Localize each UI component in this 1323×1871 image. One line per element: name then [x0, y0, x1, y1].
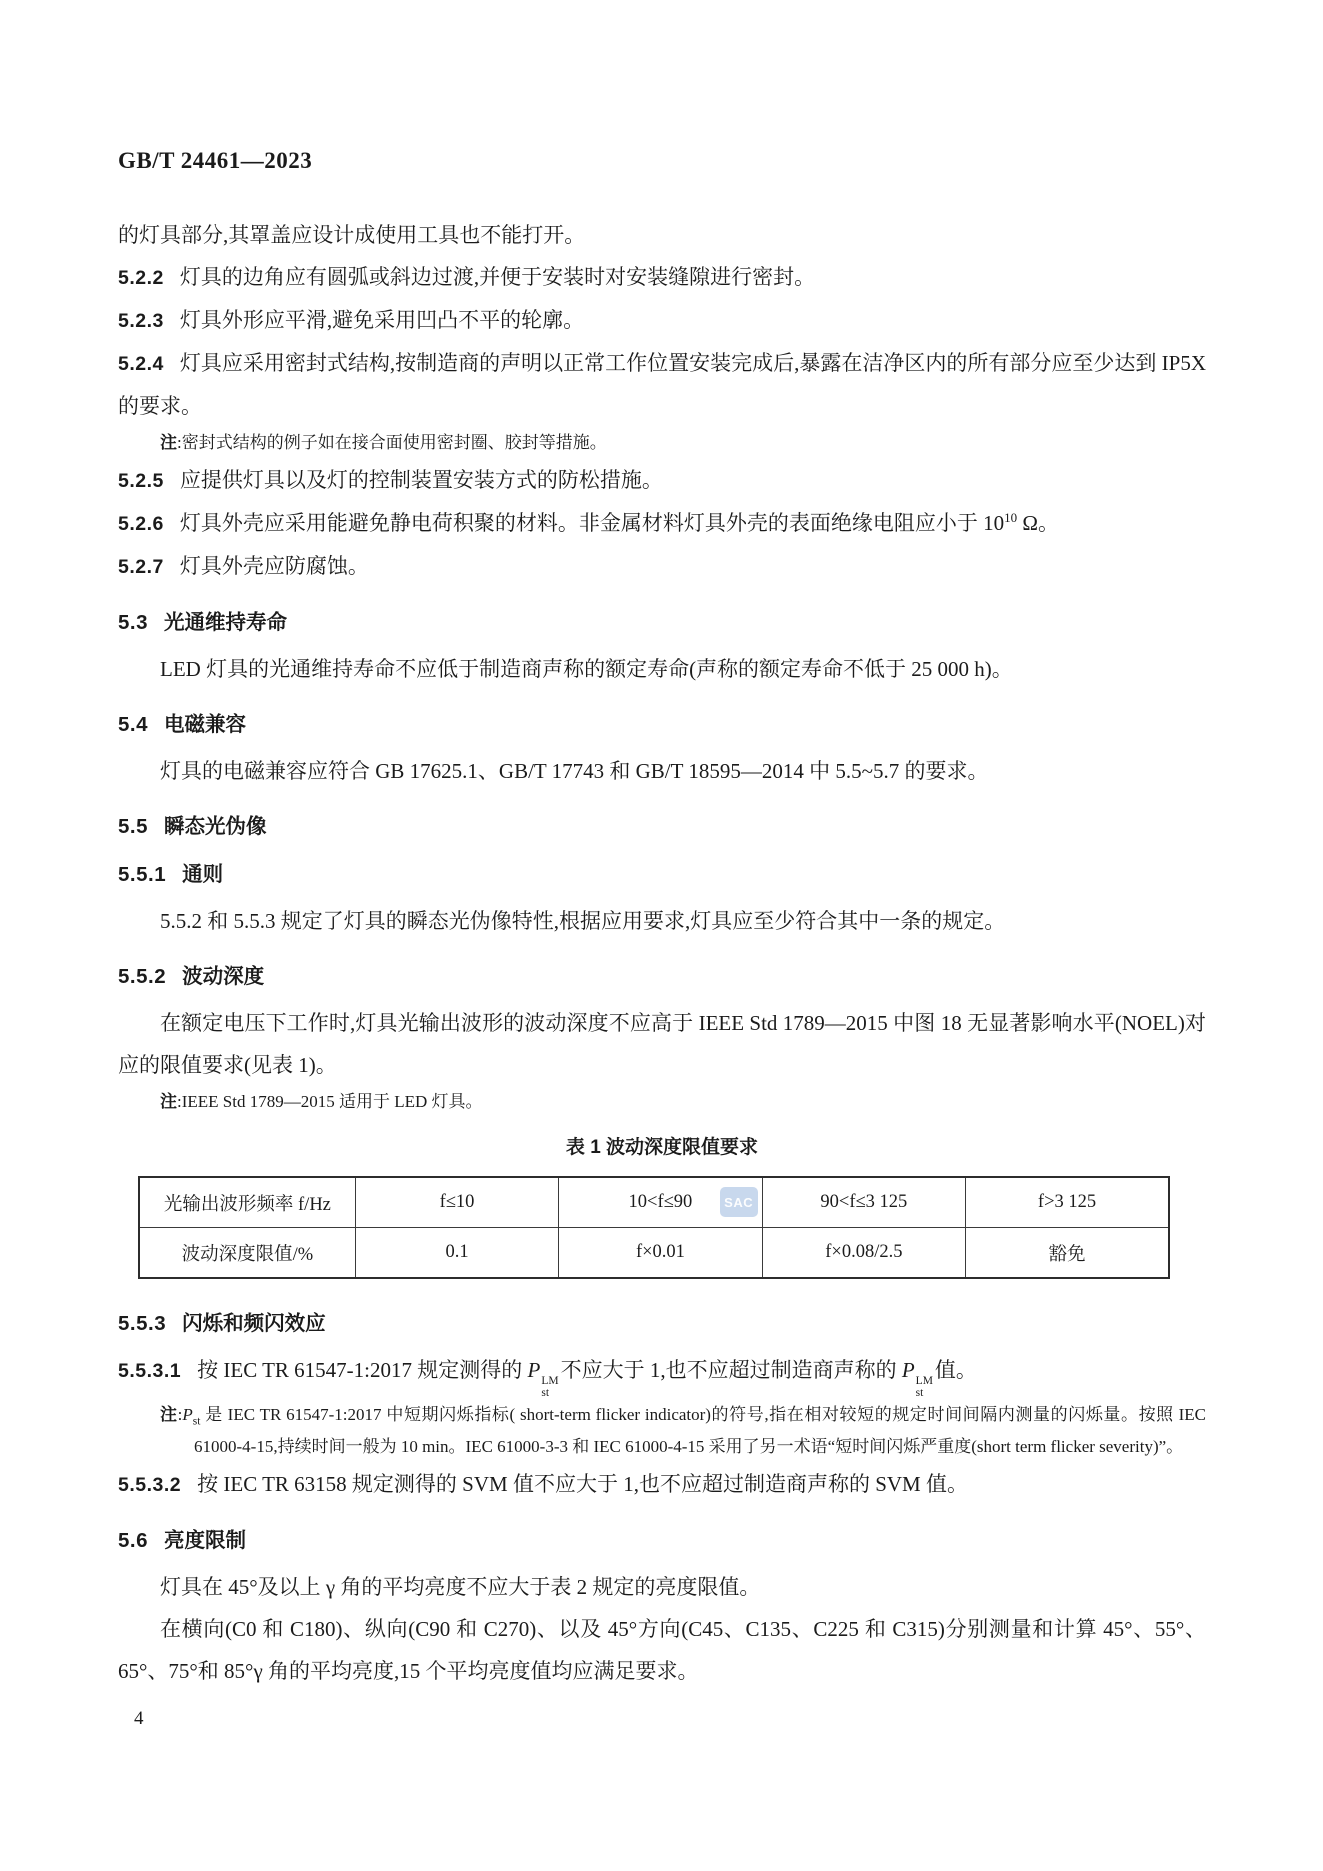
clause-number: 5.5.3.2: [118, 1474, 181, 1496]
paragraph-5-5-2: 在额定电压下工作时,灯具光输出波形的波动深度不应高于 IEEE Std 1789…: [118, 1002, 1206, 1086]
paragraph-text: 在横向(C0 和 C180)、纵向(C90 和 C270)、以及 45°方向(C…: [118, 1617, 1206, 1683]
clause-number: 5.5.3.1: [118, 1360, 181, 1382]
table-cell: 波动深度限值/%: [139, 1228, 355, 1279]
clause-text: 灯具的边角应有圆弧或斜边过渡,并便于安装时对安装缝隙进行密封。: [180, 265, 815, 289]
paragraph-text: 灯具的电磁兼容应符合 GB 17625.1、GB/T 17743 和 GB/T …: [160, 759, 988, 783]
heading-5-3: 5.3光通维持寿命: [118, 604, 1206, 642]
heading-number: 5.6: [118, 1529, 148, 1552]
pst-symbol: P: [182, 1405, 192, 1424]
note-label: 注: [160, 1092, 177, 1111]
table-1: 光输出波形频率 f/Hz f≤10 10<f≤90 SAC 90<f≤3 125…: [138, 1176, 1170, 1279]
table-cell: 豁免: [966, 1228, 1169, 1279]
heading-5-5-1: 5.5.1通则: [118, 856, 1206, 894]
table-header-cell: 光输出波形频率 f/Hz: [139, 1177, 355, 1228]
clause-text: 灯具外壳应采用能避免静电荷积聚的材料。非金属材料灯具外壳的表面绝缘电阻应小于 1…: [180, 511, 1004, 535]
note-label: 注: [160, 1405, 178, 1424]
heading-number: 5.5.2: [118, 965, 166, 988]
clause-text: 灯具应采用密封式结构,按制造商的声明以正常工作位置安装完成后,暴露在洁净区内的所…: [118, 351, 1206, 418]
table-1-container: 光输出波形频率 f/Hz f≤10 10<f≤90 SAC 90<f≤3 125…: [138, 1176, 1170, 1279]
clause-text: 按 IEC TR 61547-1:2017 规定测得的: [197, 1358, 527, 1382]
heading-number: 5.5: [118, 815, 148, 838]
heading-title: 波动深度: [182, 965, 264, 988]
heading-5-5: 5.5瞬态光伪像: [118, 808, 1206, 846]
clause-number: 5.2.6: [118, 513, 164, 535]
heading-5-6: 5.6亮度限制: [118, 1522, 1206, 1560]
clause-number: 5.2.7: [118, 556, 164, 578]
table-header-cell: 90<f≤3 125: [762, 1177, 965, 1228]
clause-5-5-3-1: 5.5.3.1按 IEC TR 61547-1:2017 规定测得的 PLMst…: [118, 1349, 1206, 1399]
heading-5-5-2: 5.5.2波动深度: [118, 958, 1206, 996]
page-footer: 4: [134, 1706, 1206, 1732]
clause-number: 5.2.4: [118, 353, 164, 375]
heading-title: 亮度限制: [164, 1529, 246, 1552]
clause-5-2-3: 5.2.3灯具外形应平滑,避免采用凹凸不平的轮廓。: [118, 299, 1206, 342]
note-label: 注: [160, 433, 177, 452]
pst-symbol: PLMst: [902, 1358, 935, 1382]
table-cell: f×0.08/2.5: [762, 1228, 965, 1279]
pst-subscript: st: [916, 1387, 924, 1399]
note-text: 密封式结构的例子如在接合面使用密封圈、胶封等措施。: [182, 433, 607, 452]
pst-superscript: LM: [916, 1375, 933, 1387]
clause-text: 应提供灯具以及灯的控制装置安装方式的防松措施。: [180, 468, 663, 492]
clause-5-2-6: 5.2.6灯具外壳应采用能避免静电荷积聚的材料。非金属材料灯具外壳的表面绝缘电阻…: [118, 502, 1206, 545]
clause-5-2-2: 5.2.2灯具的边角应有圆弧或斜边过渡,并便于安装时对安装缝隙进行密封。: [118, 256, 1206, 299]
clause-text: 值。: [935, 1358, 977, 1382]
heading-title: 瞬态光伪像: [164, 815, 267, 838]
pst-subscript: st: [541, 1387, 549, 1399]
clause-5-2-7: 5.2.7灯具外壳应防腐蚀。: [118, 545, 1206, 588]
note-text: IEEE Std 1789—2015 适用于 LED 灯具。: [182, 1092, 483, 1111]
heading-number: 5.5.1: [118, 863, 166, 886]
clause-number: 5.2.3: [118, 310, 164, 332]
table-header-cell: f≤10: [355, 1177, 558, 1228]
table-header-cell: f>3 125: [966, 1177, 1169, 1228]
document-body: 的灯具部分,其罩盖应设计成使用工具也不能打开。 5.2.2灯具的边角应有圆弧或斜…: [118, 214, 1206, 1692]
paragraph-5-5-1: 5.5.2 和 5.5.3 规定了灯具的瞬态光伪像特性,根据应用要求,灯具应至少…: [118, 900, 1206, 942]
document-page: GB/T 24461—2023 的灯具部分,其罩盖应设计成使用工具也不能打开。 …: [0, 0, 1323, 1871]
paragraph-5-6-1: 灯具在 45°及以上 γ 角的平均亮度不应大于表 2 规定的亮度限值。: [118, 1566, 1206, 1608]
exponent: 10: [1004, 510, 1017, 525]
paragraph-5-3: LED 灯具的光通维持寿命不应低于制造商声称的额定寿命(声称的额定寿命不低于 2…: [118, 648, 1206, 690]
table-row: 波动深度限值/% 0.1 f×0.01 f×0.08/2.5 豁免: [139, 1228, 1169, 1279]
table-header-cell: 10<f≤90 SAC: [559, 1177, 762, 1228]
paragraph-text: 灯具在 45°及以上 γ 角的平均亮度不应大于表 2 规定的亮度限值。: [160, 1575, 760, 1599]
pst-superscript: LM: [541, 1375, 558, 1387]
table-cell: f×0.01: [559, 1228, 762, 1279]
clause-text: 按 IEC TR 63158 规定测得的 SVM 值不应大于 1,也不应超过制造…: [197, 1472, 968, 1496]
clause-5-2-4: 5.2.4灯具应采用密封式结构,按制造商的声明以正常工作位置安装完成后,暴露在洁…: [118, 342, 1206, 427]
heading-title: 光通维持寿命: [164, 611, 287, 634]
clause-text: 灯具外壳应防腐蚀。: [180, 554, 369, 578]
heading-number: 5.5.3: [118, 1312, 166, 1335]
standard-number: GB/T 24461—2023: [118, 148, 312, 173]
note-text: 是 IEC TR 61547-1:2017 中短期闪烁指标( short-ter…: [194, 1405, 1206, 1456]
paragraph-5-4: 灯具的电磁兼容应符合 GB 17625.1、GB/T 17743 和 GB/T …: [118, 750, 1206, 792]
paragraph-text: 的灯具部分,其罩盖应设计成使用工具也不能打开。: [118, 223, 585, 247]
table-row: 光输出波形频率 f/Hz f≤10 10<f≤90 SAC 90<f≤3 125…: [139, 1177, 1169, 1228]
note-5-5-2: 注:IEEE Std 1789—2015 适用于 LED 灯具。: [118, 1086, 1206, 1118]
clause-5-5-3-2: 5.5.3.2按 IEC TR 63158 规定测得的 SVM 值不应大于 1,…: [118, 1463, 1206, 1506]
paragraph-5-6-2: 在横向(C0 和 C180)、纵向(C90 和 C270)、以及 45°方向(C…: [118, 1608, 1206, 1692]
heading-title: 电磁兼容: [164, 713, 246, 736]
table-1-caption: 表 1 波动深度限值要求: [118, 1128, 1206, 1168]
paragraph-text: 在额定电压下工作时,灯具光输出波形的波动深度不应高于 IEEE Std 1789…: [118, 1011, 1206, 1077]
table-cell: 0.1: [355, 1228, 558, 1279]
clause-text: 不应大于 1,也不应超过制造商声称的: [561, 1358, 902, 1382]
heading-title: 通则: [182, 863, 223, 886]
page-header: GB/T 24461—2023: [118, 148, 1206, 174]
heading-number: 5.4: [118, 713, 148, 736]
heading-title: 闪烁和频闪效应: [182, 1312, 326, 1335]
page-number: 4: [134, 1708, 144, 1729]
clause-5-2-5: 5.2.5应提供灯具以及灯的控制装置安装方式的防松措施。: [118, 459, 1206, 502]
heading-5-5-3: 5.5.3闪烁和频闪效应: [118, 1305, 1206, 1343]
sac-watermark-logo: SAC: [720, 1187, 758, 1217]
paragraph-text: LED 灯具的光通维持寿命不应低于制造商声称的额定寿命(声称的额定寿命不低于 2…: [160, 657, 1013, 681]
pst-symbol: PLMst: [528, 1358, 561, 1382]
heading-number: 5.3: [118, 611, 148, 634]
note-5-5-3-1: 注:Pst 是 IEC TR 61547-1:2017 中短期闪烁指标( sho…: [118, 1399, 1206, 1463]
clause-text: 灯具外形应平滑,避免采用凹凸不平的轮廓。: [180, 308, 584, 332]
clause-text: Ω。: [1017, 511, 1059, 535]
clause-number: 5.2.5: [118, 470, 164, 492]
clause-number: 5.2.2: [118, 267, 164, 289]
paragraph-continued: 的灯具部分,其罩盖应设计成使用工具也不能打开。: [118, 214, 1206, 256]
note-5-2-4: 注:密封式结构的例子如在接合面使用密封圈、胶封等措施。: [118, 427, 1206, 459]
heading-5-4: 5.4电磁兼容: [118, 706, 1206, 744]
paragraph-text: 5.5.2 和 5.5.3 规定了灯具的瞬态光伪像特性,根据应用要求,灯具应至少…: [160, 909, 1005, 933]
